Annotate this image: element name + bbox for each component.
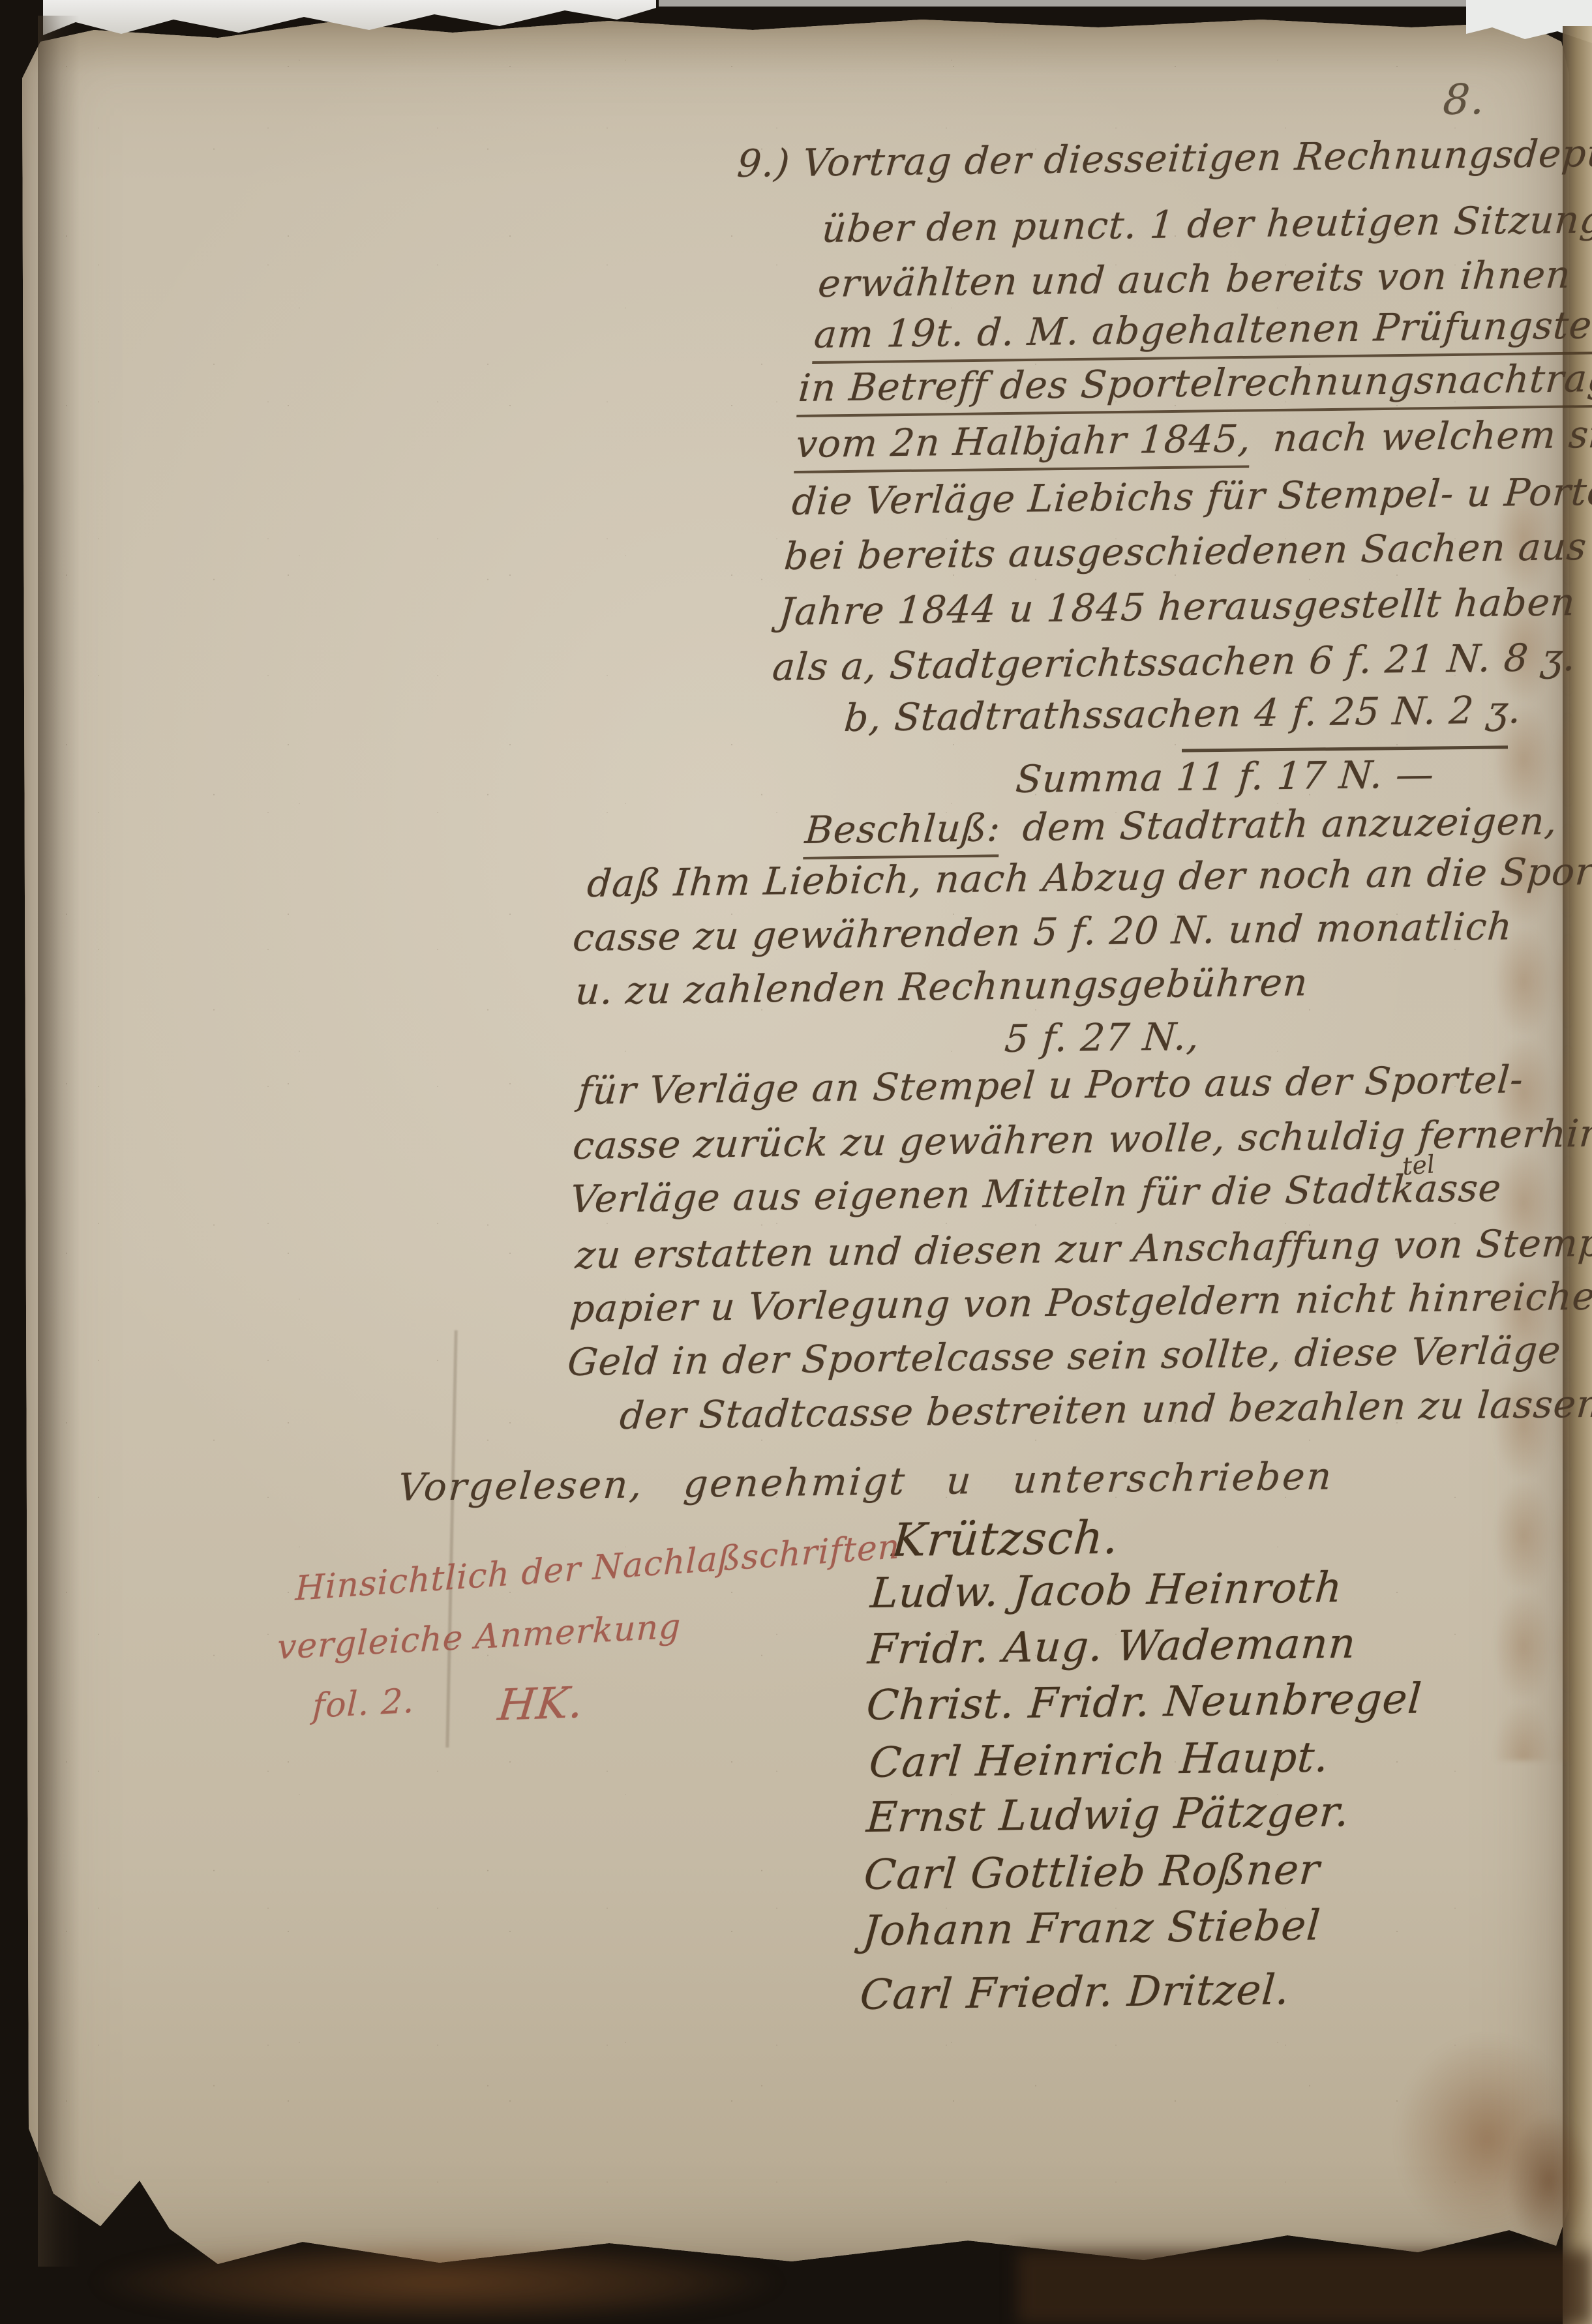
signature: Krützsch.	[890, 1512, 1120, 1567]
scanned-manuscript-page: 8. 9.) Vortrag der diesseitigen Rechnung…	[0, 0, 1592, 2324]
amount-line-b: b, Stadtrathssachen 4 f. 25 N. 2 ʒ.	[843, 688, 1523, 739]
red-initials: HK.	[496, 1678, 586, 1731]
signature: Christ. Fridr. Neunbregel	[865, 1676, 1424, 1731]
underlined-phrase: in Betreff des Sportelrechnungsnachtrage…	[796, 355, 1592, 417]
signature: Ludw. Jacob Heinroth	[869, 1564, 1344, 1618]
signature: Johann Franz Stiebel	[861, 1902, 1322, 1956]
manuscript-line-mixed: vom 2n Halbjahr 1845,nach welchem sich	[794, 412, 1592, 466]
beschluss-line: Beschluß:dem Stadtrath anzuzeigen,	[804, 799, 1559, 852]
manuscript-line-underlined: in Betreff des Sportelrechnungsnachtrage…	[797, 356, 1592, 410]
signature: Fridr. Aug. Wademann	[866, 1620, 1358, 1675]
signature: Carl Heinrich Haupt.	[867, 1734, 1330, 1787]
page-number: 8.	[1441, 76, 1488, 125]
summa-line: Summa 11 f. 17 N. —	[1014, 752, 1436, 801]
amount-center-line: 5 f. 27 N.,	[1003, 1015, 1201, 1060]
line-continuation: nach welchem sich	[1272, 411, 1592, 460]
signature: Ernst Ludwig Pätzger.	[865, 1789, 1351, 1843]
underlined-phrase: vom 2n Halbjahr 1845,	[794, 416, 1253, 473]
manuscript-line: u. zu zahlenden Rechnungsgebühren	[574, 961, 1310, 1013]
underlined-phrase: am 19t. d. M. abgehaltenen Prüfungstermi…	[812, 302, 1592, 364]
signature: Carl Gottlieb Roßner	[862, 1846, 1321, 1899]
paper-edge-fringe	[659, 0, 1467, 7]
superscript-correction: tel	[1402, 1152, 1435, 1178]
beschluss-label: Beschluß:	[803, 805, 1002, 859]
manuscript-line: erwählten und auch bereits von ihnen	[817, 253, 1572, 306]
table-background	[1017, 2251, 1592, 2324]
beschluss-rest: dem Stadtrath anzuzeigen,	[1021, 799, 1559, 850]
binding-crease	[38, 16, 80, 2267]
red-marginal-note-line: fol. 2.	[312, 1682, 415, 1727]
manuscript-line-underlined: am 19t. d. M. abgehaltenen Prüfungstermi…	[813, 303, 1592, 357]
signature: Carl Friedr. Dritzel.	[858, 1967, 1291, 2020]
stain	[1507, 2113, 1591, 2250]
stain	[91, 2241, 783, 2324]
